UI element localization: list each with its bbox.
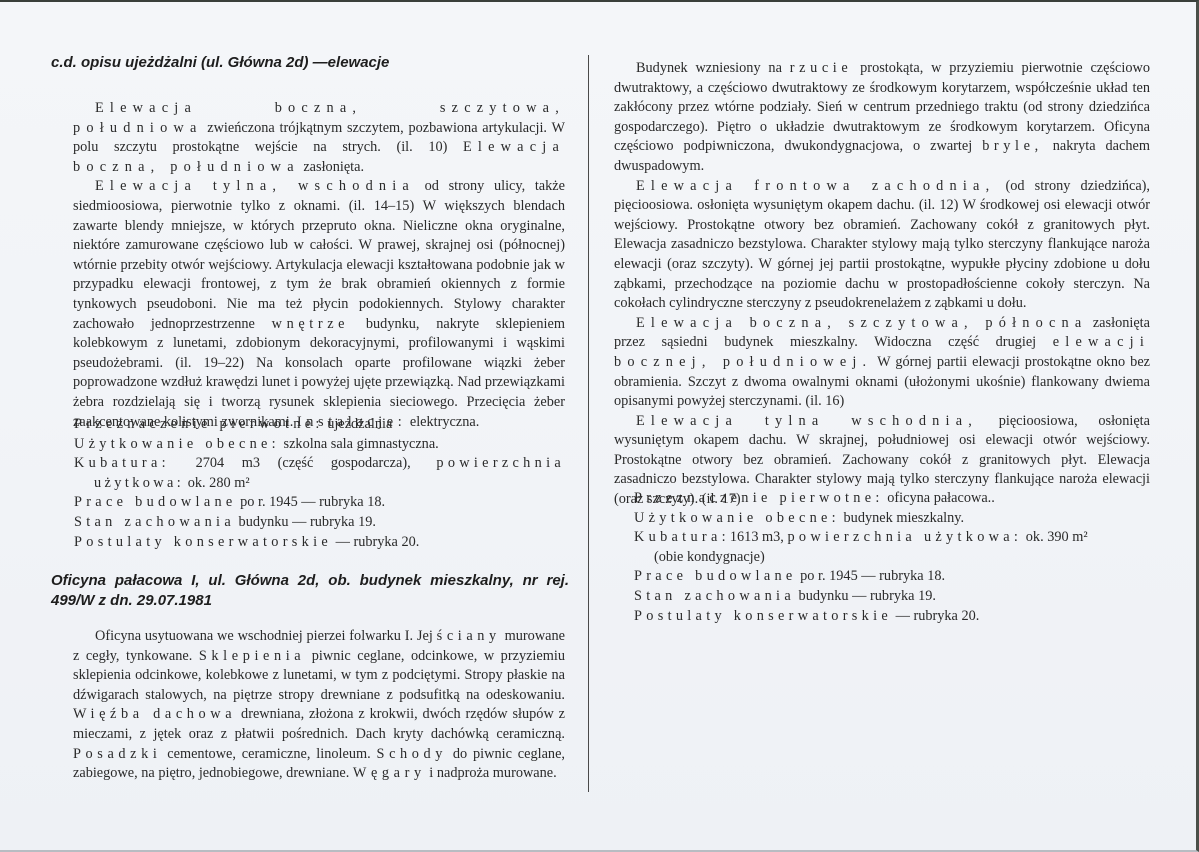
- annex-layout-description: Budynek wzniesiony na rzucie prostokąta,…: [614, 59, 1150, 510]
- spaced-lead: Schody: [377, 746, 448, 762]
- meta-purpose: Przeznaczenie pierwotne: oficyna pałacow…: [634, 489, 1150, 509]
- meta-label: Prace budowlane: [634, 568, 797, 584]
- meta-label: Kubatura:: [634, 529, 730, 545]
- meta-volume: Kubatura:2704 m3 (część gospodarcza),pow…: [74, 454, 565, 474]
- meta-value: budynku — rubryka 19.: [235, 514, 376, 530]
- meta-value: oficyna pałacowa..: [884, 490, 995, 506]
- meta-label: Użytkowanie obecne:: [634, 510, 840, 526]
- paragraph-text: zasłonięta.: [300, 159, 364, 175]
- meta-label: Przeznaczenie pierwotne:: [74, 416, 324, 432]
- meta-label: użytkowa:: [94, 475, 184, 491]
- meta-label: Stan zachowania: [634, 588, 795, 604]
- annex-metadata: Przeznaczenie pierwotne: oficyna pałacow…: [634, 489, 1150, 626]
- meta-postulates: Postulaty konserwatorskie — rubryka 20.: [74, 533, 565, 553]
- paragraph-text: Oficyna usytuowana we wschodniej pierzei…: [95, 628, 437, 644]
- spaced-lead: Sklepienia: [199, 648, 305, 664]
- paragraph-text: i nadproża murowane.: [426, 765, 557, 781]
- meta-label: Stan zachowania: [74, 514, 235, 530]
- spaced-lead: bryle,: [982, 138, 1043, 154]
- meta-value: (obie kondygnacje): [654, 549, 765, 565]
- meta-label: Przeznaczenie pierwotne:: [634, 490, 884, 506]
- meta-condition: Stan zachowania budynku — rubryka 19.: [634, 587, 1150, 607]
- meta-label: Postulaty konserwatorskie: [74, 534, 332, 550]
- riding-hall-metadata: Przeznaczenie pierwotne: ujeżdżalnia Uży…: [74, 415, 565, 552]
- spaced-lead: Elewacja tylna, wschodnia: [95, 178, 415, 194]
- meta-label: Prace budowlane: [74, 494, 237, 510]
- paragraph-text: Budynek wzniesiony na: [636, 60, 790, 76]
- meta-purpose: Przeznaczenie pierwotne: ujeżdżalnia: [74, 415, 565, 435]
- spaced-lead: Węgary: [353, 765, 426, 781]
- paragraph-text: (od strony dziedzińca), pięcioosiowa. os…: [614, 178, 1150, 312]
- palace-annex-description: Oficyna usytuowana we wschodniej pierzei…: [73, 627, 565, 784]
- meta-value: szkolna sala gimnastyczna.: [280, 436, 439, 452]
- spaced-lead: Elewacja frontowa zachodnia,: [636, 178, 995, 194]
- spaced-lead: Więźba dachowa: [73, 706, 236, 722]
- meta-value: ujeżdżalnia: [324, 416, 393, 432]
- spaced-lead: Elewacja boczna, szczytowa, północna: [636, 315, 1087, 331]
- paragraph-north-elevation: Elewacja boczna, szczytowa, północna zas…: [614, 314, 1150, 412]
- meta-area-note: (obie kondygnacje): [634, 548, 1150, 568]
- paragraph-text: budynku, nakryte sklepieniem kolebkowym …: [73, 316, 565, 430]
- paragraph-text: od strony ulicy, także siedmioosiowa, pi…: [73, 178, 565, 331]
- meta-value: po r. 1945 — rubryka 18.: [237, 494, 386, 510]
- meta-usage: Użytkowanie obecne: budynek mieszkalny.: [634, 509, 1150, 529]
- meta-value: budynek mieszkalny.: [840, 510, 964, 526]
- paragraph-annex-construction: Oficyna usytuowana we wschodniej pierzei…: [73, 627, 565, 784]
- meta-works: Prace budowlane po r. 1945 — rubryka 18.: [74, 493, 565, 513]
- scanned-page: c.d. opisu ujeżdżalni (ul. Główna 2d) —e…: [0, 0, 1199, 852]
- meta-label: Kubatura:: [74, 454, 170, 474]
- meta-label: powierzchnia użytkowa:: [787, 529, 1022, 545]
- paragraph-front-elevation: Elewacja frontowa zachodnia, (od strony …: [614, 177, 1150, 314]
- spaced-lead: Elewacja tylna wschodnia,: [636, 413, 978, 429]
- paragraph-south-elevation: Elewacja boczna, szczytowa, południowa z…: [73, 99, 565, 177]
- meta-label: powierzchnia: [436, 454, 565, 474]
- meta-value: — rubryka 20.: [332, 534, 419, 550]
- paragraph-text: cementowe, ceramiczne, linoleum.: [161, 746, 376, 762]
- meta-value: ok. 390 m²: [1022, 529, 1087, 545]
- meta-value: ok. 280 m²: [184, 475, 249, 491]
- meta-value: 1613 m3,: [730, 529, 788, 545]
- meta-condition: Stan zachowania budynku — rubryka 19.: [74, 513, 565, 533]
- meta-label: Postulaty konserwatorskie: [634, 608, 892, 624]
- meta-works: Prace budowlane po r. 1945 — rubryka 18.: [634, 567, 1150, 587]
- meta-value: — rubryka 20.: [892, 608, 979, 624]
- meta-value: budynku — rubryka 19.: [795, 588, 936, 604]
- spaced-lead: Posadzki: [73, 746, 161, 762]
- spaced-lead: wnętrze: [272, 316, 349, 332]
- meta-label: Użytkowanie obecne:: [74, 436, 280, 452]
- section-heading-riding-hall: c.d. opisu ujeżdżalni (ul. Główna 2d) —e…: [51, 53, 571, 73]
- section-heading-palace-annex: Oficyna pałacowa I, ul. Główna 2d, ob. b…: [51, 571, 569, 611]
- paragraph-rear-elevation: Elewacja tylna, wschodnia od strony ulic…: [73, 177, 565, 432]
- meta-value: 2704 m3 (część gospodarcza),: [196, 454, 411, 474]
- meta-area: użytkowa: ok. 280 m²: [74, 474, 565, 494]
- meta-value: po r. 1945 — rubryka 18.: [797, 568, 946, 584]
- meta-usage: Użytkowanie obecne: szkolna sala gimnast…: [74, 435, 565, 455]
- spaced-lead: rzucie: [790, 60, 853, 76]
- paragraph-plan: Budynek wzniesiony na rzucie prostokąta,…: [614, 59, 1150, 177]
- riding-hall-description: Elewacja boczna, szczytowa, południowa z…: [73, 99, 565, 432]
- meta-postulates: Postulaty konserwatorskie — rubryka 20.: [634, 607, 1150, 627]
- column-divider: [588, 55, 589, 792]
- meta-volume: Kubatura:1613 m3, powierzchnia użytkowa:…: [634, 528, 1150, 548]
- spaced-lead: ściany: [437, 628, 501, 644]
